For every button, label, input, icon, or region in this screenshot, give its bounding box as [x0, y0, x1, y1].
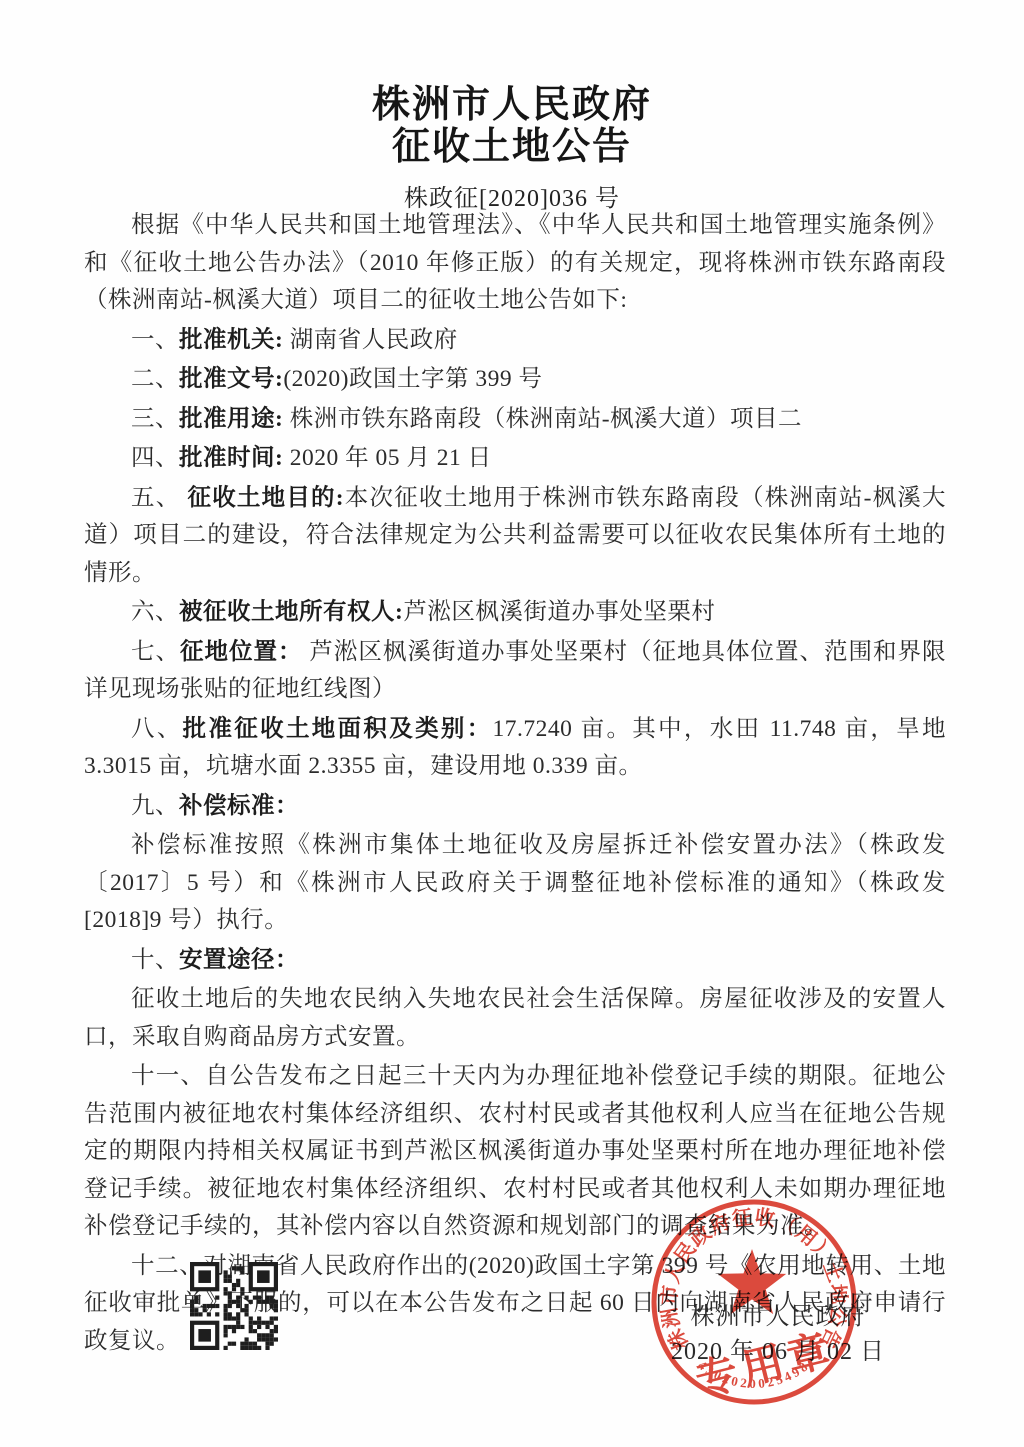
text-segment: 征收土地后的失地农民纳入失地农民社会生活保障。房屋征收涉及的安置人口，采取自购商… [84, 986, 946, 1050]
text-segment: 2020 年 05 月 21 日 [283, 445, 491, 471]
text-segment: 九、 [131, 793, 179, 819]
paragraph: 五、 征收土地目的:本次征收土地用于株洲市铁东路南段（株洲南站-枫溪大道）项目二… [84, 480, 946, 593]
paragraph: 七、征地位置： 芦淞区枫溪街道办事处坚栗村（征地具体位置、范围和界限详见现场张贴… [84, 634, 946, 709]
text-segment: 三、 [131, 406, 179, 432]
text-segment: 批准用途: [179, 406, 283, 432]
text-segment: 安置途径： [179, 947, 299, 973]
qr-code-icon [190, 1262, 278, 1350]
text-segment: 根据《中华人民共和国土地管理法》、《中华人民共和国土地管理实施条例》和《征收土地… [84, 212, 946, 313]
paragraph: 十、安置途径： [84, 942, 946, 980]
paragraph: 四、批准时间: 2020 年 05 月 21 日 [84, 440, 946, 478]
paragraph: 八、批准征收土地面积及类别：17.7240 亩。其中，水田 11.748 亩，旱… [84, 711, 946, 786]
text-segment: 征地位置： [180, 639, 303, 665]
paragraph: 根据《中华人民共和国土地管理法》、《中华人民共和国土地管理实施条例》和《征收土地… [84, 207, 946, 320]
text-segment: 七、 [131, 639, 180, 665]
text-segment: (2020)政国土字第 399 号 [283, 366, 542, 392]
text-segment: 六、 [131, 599, 179, 625]
paragraph: 二、批准文号:(2020)政国土字第 399 号 [84, 361, 946, 399]
text-segment: 补偿标准： [179, 793, 299, 819]
paragraph: 九、补偿标准： [84, 788, 946, 826]
text-segment: 一、 [131, 327, 179, 353]
document-title-line2: 征收土地公告 [0, 126, 1024, 168]
text-segment: 批准征收土地面积及类别： [183, 716, 493, 742]
text-segment: 批准时间: [179, 445, 283, 471]
text-segment: 二、 [131, 366, 179, 392]
paragraph: 六、被征收土地所有权人:芦淞区枫溪街道办事处坚栗村 [84, 594, 946, 632]
text-segment: 芦淞区枫溪街道办事处坚栗村 [403, 599, 715, 625]
text-segment: 批准文号: [179, 366, 283, 392]
document-title-line1: 株洲市人民政府 [0, 84, 1024, 126]
document-header: 株洲市人民政府 征收土地公告 株政征[2020]036 号 [0, 84, 1024, 213]
document-page: 株洲市人民政府 征收土地公告 株政征[2020]036 号 根据《中华人民共和国… [0, 0, 1024, 1447]
document-body: 根据《中华人民共和国土地管理法》、《中华人民共和国土地管理实施条例》和《征收土地… [84, 205, 946, 1362]
paragraph: 三、批准用途: 株洲市铁东路南段（株洲南站-枫溪大道）项目二 [84, 401, 946, 439]
text-segment: 被征收土地所有权人: [179, 599, 403, 625]
official-seal: 株洲市人民政府征收（用）土地公告 专用章 4302020025498 [648, 1196, 860, 1408]
paragraph: 一、批准机关: 湖南省人民政府 [84, 322, 946, 360]
text-segment: 五、 [131, 485, 188, 511]
star-icon [718, 1249, 786, 1314]
text-segment: 八、 [131, 716, 183, 742]
text-segment: 十、 [131, 947, 179, 973]
paragraph: 征收土地后的失地农民纳入失地农民社会生活保障。房屋征收涉及的安置人口，采取自购商… [84, 981, 946, 1056]
text-segment: 补偿标准按照《株洲市集体土地征收及房屋拆迁补偿安置办法》（株政发〔2017〕5 … [84, 832, 946, 933]
text-segment: 株洲市铁东路南段（株洲南站-枫溪大道）项目二 [283, 406, 802, 432]
text-segment: 四、 [131, 445, 179, 471]
text-segment: 征收土地目的: [188, 485, 345, 511]
paragraph: 补偿标准按照《株洲市集体土地征收及房屋拆迁补偿安置办法》（株政发〔2017〕5 … [84, 827, 946, 940]
text-segment: 湖南省人民政府 [283, 327, 457, 353]
text-segment: 批准机关: [179, 327, 283, 353]
